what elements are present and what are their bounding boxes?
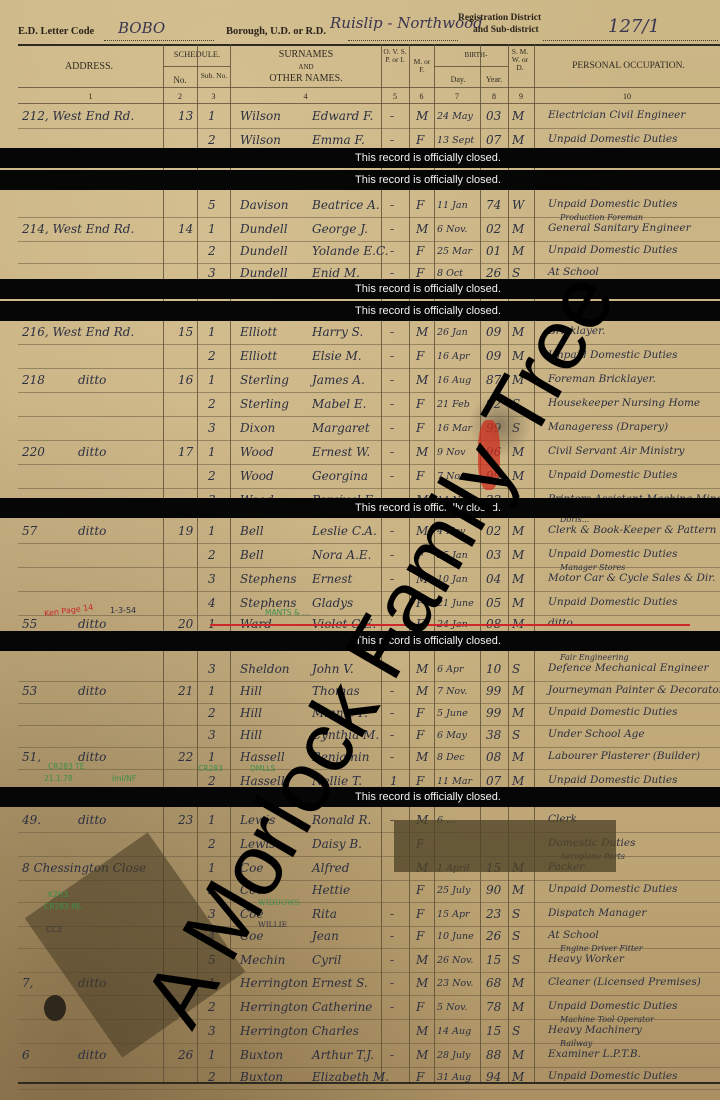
cell-sex: F	[416, 774, 424, 788]
cell-names: Georgina	[312, 469, 368, 483]
cell-names: Margaret	[312, 421, 370, 435]
cell-marital: W	[512, 198, 524, 212]
cell-sched: 14	[178, 222, 193, 236]
cell-sex: F	[416, 907, 424, 921]
cell-surname: Stephens	[240, 572, 297, 586]
cell-day: 7 Nov.	[437, 686, 467, 697]
cell-year: 01	[486, 244, 501, 258]
cell-sex: F	[416, 198, 424, 212]
cell-marital: M	[512, 596, 524, 610]
cell-year: 38	[486, 728, 501, 742]
table-row: 2SterlingMabel E.-F21 Feb92SHousekeeper …	[0, 394, 720, 418]
cell-marital: S	[512, 728, 520, 742]
footer-rule	[18, 1082, 720, 1084]
cell-year: 26	[486, 266, 501, 280]
cell-surname: Bell	[240, 524, 264, 538]
column-number-10: 10	[534, 92, 720, 101]
cell-year: 08	[486, 750, 501, 764]
cell-surname: Sheldon	[240, 662, 290, 676]
cell-sex: F	[416, 266, 424, 280]
cell-sub: 1	[208, 445, 216, 459]
cell-sex: M	[416, 1024, 428, 1038]
cell-occupation: Heavy Machinery	[548, 1024, 642, 1036]
cell-day: 16 Aug	[437, 375, 471, 386]
cell-surname: Herrington	[240, 1000, 308, 1014]
cell-sex: F	[416, 728, 424, 742]
col-year: Year.	[481, 76, 507, 84]
column-number-5: 5	[381, 92, 409, 101]
cell-marital: S	[512, 1024, 520, 1038]
cell-occupation: Under School Age	[548, 728, 645, 740]
closed-record-bar: This record is officially closed.	[0, 787, 720, 807]
column-number-1: 1	[18, 92, 163, 101]
cell-marital: S	[512, 266, 520, 280]
cell-sex: M	[416, 953, 428, 967]
cell-names: Nora A.E.	[312, 548, 371, 562]
cell-surname: Hill	[240, 706, 262, 720]
cell-sched: 15	[178, 325, 193, 339]
cell-marital: M	[512, 706, 524, 720]
cell-marital: M	[512, 548, 524, 562]
cell-ovspi: 1	[390, 774, 398, 788]
ed-letter-code-value: BOBO	[118, 19, 165, 37]
cell-occupation: Journeyman Painter & Decorator	[548, 684, 720, 696]
cell-sub: 1	[208, 1048, 216, 1062]
cell-ditto: ditto	[78, 373, 106, 387]
cell-marital: M	[512, 524, 524, 538]
col-ovspi: O. V. S. P. or I.	[383, 48, 407, 64]
cell-names: Ernest W.	[312, 445, 370, 459]
cell-year: 74	[486, 198, 501, 212]
cell-ovspi: -	[390, 109, 394, 123]
cell-ditto: ditto	[78, 684, 106, 698]
col-surnames-line2: AND	[232, 64, 380, 71]
row-rule	[18, 368, 720, 369]
cell-sub: 2	[208, 133, 216, 147]
green-annotation-8: CC2	[46, 925, 62, 934]
cell-names: Catherine	[312, 1000, 372, 1014]
cell-surname: Sterling	[240, 373, 289, 387]
cell-address: 214, West End Rd.	[22, 222, 134, 236]
cell-names: James A.	[312, 373, 365, 387]
cell-occupation: Unpaid Domestic Duties	[548, 706, 677, 718]
borough-label: Borough, U.D. or R.D.	[226, 26, 326, 37]
cell-sched: 21	[178, 684, 193, 698]
cell-occupation: Unpaid Domestic Duties	[548, 596, 677, 608]
cell-day: 11 Jan	[437, 200, 468, 211]
cell-marital: M	[512, 774, 524, 788]
cell-ovspi: -	[390, 1048, 394, 1062]
cell-surname: Hill	[240, 684, 262, 698]
table-row: 212, West End Rd.131WilsonEdward F.-M24 …	[0, 106, 720, 130]
col-day: Day.	[436, 76, 480, 84]
cell-occupation: General Sanitary Engineer	[548, 222, 691, 234]
cell-year: 10	[486, 662, 501, 676]
cell-sex: F	[416, 929, 424, 943]
column-number-8: 8	[480, 92, 508, 101]
table-row: 57191BellLeslie C.A.-M4 Nov02MClerk & Bo…	[0, 521, 720, 545]
cell-sub: 3	[208, 421, 216, 435]
column-number-3: 3	[197, 92, 230, 101]
cell-address: 7,	[22, 976, 33, 990]
cell-marital: M	[512, 133, 524, 147]
cell-sex: M	[416, 750, 428, 764]
row-rule	[18, 1089, 720, 1090]
cell-sched: 17	[178, 445, 193, 459]
cell-occupation: Labourer Plasterer (Builder)	[548, 750, 700, 762]
closed-record-text: This record is officially closed.	[355, 152, 501, 164]
cell-occupation-note: Fair Engineering	[560, 653, 629, 662]
cell-ditto: ditto	[78, 524, 106, 538]
cell-address: 51,	[22, 750, 41, 764]
row-rule	[18, 128, 720, 129]
cell-surname: Hill	[240, 728, 262, 742]
cell-sex: M	[416, 325, 428, 339]
cell-address: 6	[22, 1048, 30, 1062]
table-row: 2WoodGeorgina-F7 Nov99MUnpaid Domestic D…	[0, 466, 720, 490]
cell-day: 10 June	[437, 931, 474, 942]
closed-record-text: This record is officially closed.	[355, 791, 501, 803]
cell-ditto: ditto	[78, 1048, 106, 1062]
cell-surname: Bell	[240, 548, 264, 562]
cell-ovspi: -	[390, 953, 394, 967]
cell-sex: F	[416, 1000, 424, 1014]
cell-sub: 5	[208, 198, 216, 212]
row-rule	[18, 440, 720, 441]
closed-record-bar: This record is officially closed.	[0, 148, 720, 168]
col-occupation: PERSONAL OCCUPATION.	[537, 62, 720, 72]
cell-year: 26	[486, 929, 501, 943]
col-schedule-no: No.	[165, 76, 195, 85]
cell-surname: Wood	[240, 445, 274, 459]
date-annotation: 1-3-54	[110, 606, 136, 615]
cell-ovspi: -	[390, 976, 394, 990]
table-row: 220171WoodErnest W.-M9 Nov96MCivil Serva…	[0, 442, 720, 466]
cell-marital: S	[512, 662, 520, 676]
table-row: 2ElliottElsie M.-F16 Apr09MUnpaid Domest…	[0, 346, 720, 370]
cell-address: 53	[22, 684, 37, 698]
cell-names: Beatrice A.	[312, 198, 380, 212]
registration-label-2: and Sub-district	[473, 25, 539, 35]
cell-surname: Elliott	[240, 325, 277, 339]
cell-marital: M	[512, 222, 524, 236]
cell-ovspi: -	[390, 907, 394, 921]
cell-names: Cyril	[312, 953, 341, 967]
cell-sex: F	[416, 349, 424, 363]
cell-occupation: ditto	[548, 617, 573, 629]
cell-day: 23 Nov.	[437, 978, 473, 989]
cell-sub: 4	[208, 596, 216, 610]
cell-ovspi: -	[390, 349, 394, 363]
cell-ovspi: -	[390, 198, 394, 212]
cell-occupation: Unpaid Domestic Duties	[548, 1070, 677, 1082]
cell-occupation: Dispatch Manager	[548, 907, 646, 919]
struck-annotation: MANTS & ...	[265, 608, 309, 617]
cell-sex: M	[416, 976, 428, 990]
cell-names: Rita	[312, 907, 337, 921]
cell-sex: F	[416, 421, 424, 435]
cell-sched: 20	[178, 617, 193, 631]
cell-address: 212, West End Rd.	[22, 109, 134, 123]
row-rule	[18, 392, 720, 393]
cell-surname: Herrington	[240, 1024, 308, 1038]
col-sex: M. or F.	[411, 58, 433, 74]
cell-surname: Davison	[240, 198, 289, 212]
table-row: 2BuxtonElizabeth M.F31 Aug94MUnpaid Dome…	[0, 1067, 720, 1091]
cell-sub: 2	[208, 706, 216, 720]
table-row: 6261BuxtonArthur T.J.-M28 July88MExamine…	[0, 1045, 720, 1069]
cell-sub: 2	[208, 349, 216, 363]
cell-year: 15	[486, 953, 501, 967]
cell-occupation: Civil Servant Air Ministry	[548, 445, 684, 457]
cell-sex: M	[416, 373, 428, 387]
cell-sub: 1	[208, 222, 216, 236]
cell-sex: M	[416, 109, 428, 123]
cell-names: George J.	[312, 222, 368, 236]
cell-year: 88	[486, 1048, 501, 1062]
cell-day: 6 May	[437, 730, 467, 741]
cell-occupation: Unpaid Domestic Duties	[548, 469, 677, 481]
cell-sex: F	[416, 883, 424, 897]
cell-year: 78	[486, 1000, 501, 1014]
cell-address: 55	[22, 617, 37, 631]
cell-day: 24 May	[437, 111, 473, 122]
cell-sched: 23	[178, 813, 193, 827]
cell-marital: M	[512, 883, 524, 897]
green-annotation-4: CR283	[198, 764, 223, 773]
cell-marital: M	[512, 750, 524, 764]
dark-spot	[44, 995, 66, 1021]
column-number-7: 7	[434, 92, 480, 101]
cell-marital: S	[512, 907, 520, 921]
green-annotation-6: K2H3	[48, 890, 68, 899]
cell-ovspi: -	[390, 469, 394, 483]
column-number-6: 6	[409, 92, 434, 101]
cell-occupation: Unpaid Domestic Duties	[548, 1000, 677, 1012]
cell-day: 16 Apr	[437, 351, 470, 362]
row-rule	[18, 488, 720, 489]
cell-surname: Buxton	[240, 1048, 283, 1062]
cell-sex: F	[416, 244, 424, 258]
cell-sub: 2	[208, 244, 216, 258]
cell-address: 218	[22, 373, 45, 387]
registration-label-1: Registration District	[458, 13, 541, 23]
cell-sched: 13	[178, 109, 193, 123]
table-row: 218161SterlingJames A.-M16 Aug87MForeman…	[0, 370, 720, 394]
cell-sub: 1	[208, 325, 216, 339]
cell-year: 68	[486, 976, 501, 990]
cell-surname: Dixon	[240, 421, 275, 435]
cell-names: Leslie C.A.	[312, 524, 377, 538]
cell-day: 5 Nov.	[437, 1002, 467, 1013]
cell-occupation: Clerk & Book-Keeper & Pattern	[548, 524, 716, 536]
cell-names: Arthur T.J.	[312, 1048, 374, 1062]
cell-names: Alfred	[312, 861, 349, 875]
cell-sub: 2	[208, 548, 216, 562]
cell-day: 8 Oct	[437, 268, 463, 279]
cell-ovspi: -	[390, 373, 394, 387]
row-rule	[18, 769, 720, 770]
cell-occupation: Unpaid Domestic Duties	[548, 548, 677, 560]
cell-day: 8 Dec	[437, 752, 465, 763]
cell-year: 09	[486, 325, 501, 339]
col-surnames-line3: OTHER NAMES.	[232, 74, 380, 85]
cell-day: 5 June	[437, 708, 468, 719]
cell-sub: 1	[208, 524, 216, 538]
cell-marital: S	[512, 929, 520, 943]
cell-names: Enid M.	[312, 266, 360, 280]
cell-names: Charles	[312, 1024, 359, 1038]
cell-year: 99	[486, 684, 501, 698]
green-annotation-7: CR283 ML	[44, 902, 82, 911]
cell-sub: 3	[208, 728, 216, 742]
column-number-2: 2	[163, 92, 197, 101]
cell-marital: S	[512, 953, 520, 967]
cell-names: Mabel E.	[312, 397, 366, 411]
cell-occupation: Unpaid Domestic Duties	[548, 198, 677, 210]
cell-ovspi: -	[390, 397, 394, 411]
cell-sex: F	[416, 397, 424, 411]
cell-sex: M	[416, 222, 428, 236]
green-annotation-3: Iml/NF	[112, 774, 136, 783]
cell-sex: F	[416, 706, 424, 720]
cell-year: 02	[486, 222, 501, 236]
cell-day: 15 Apr	[437, 909, 470, 920]
cell-occupation: Examiner L.P.T.B.	[548, 1048, 641, 1060]
cell-ovspi: -	[390, 929, 394, 943]
cell-occupation-note: Manager Stores	[560, 563, 625, 572]
cell-occupation: Heavy Worker	[548, 953, 624, 965]
cell-day: 6 Apr	[437, 664, 464, 675]
cell-sched: 19	[178, 524, 193, 538]
row-rule	[18, 543, 720, 544]
cell-names: Jean	[312, 929, 339, 943]
cell-surname: Herrington	[240, 976, 308, 990]
cell-surname: Sterling	[240, 397, 289, 411]
row-rule	[18, 416, 720, 417]
cell-year: 99	[486, 706, 501, 720]
cell-surname: Dundell	[240, 244, 288, 258]
cell-names: Hettie	[312, 883, 350, 897]
cell-ovspi: -	[390, 266, 394, 280]
cell-year: 05	[486, 596, 501, 610]
cell-marital: M	[512, 244, 524, 258]
cell-occupation: Cleaner (Licensed Premises)	[548, 976, 701, 988]
cell-sex: M	[416, 445, 428, 459]
col-schedule-sub: Sub. No.	[200, 72, 228, 80]
cell-address: 49.	[22, 813, 41, 827]
cell-occupation: Defence Mechanical Engineer	[548, 662, 708, 674]
column-number-4: 4	[230, 92, 381, 101]
cell-marital: M	[512, 109, 524, 123]
cell-ovspi: -	[390, 1000, 394, 1014]
cell-marital: M	[512, 684, 524, 698]
cell-surname: Dundell	[240, 222, 288, 236]
closed-record-text: This record is officially closed.	[355, 305, 501, 317]
cell-surname: Wilson	[240, 109, 281, 123]
col-surnames-line1: SURNAMES	[232, 50, 380, 61]
cell-ditto: ditto	[78, 445, 106, 459]
cell-occupation-note: Engine Driver Fitter	[560, 944, 643, 953]
cell-occupation-note: Machine Tool Operator	[560, 1015, 654, 1024]
cell-ovspi: -	[390, 222, 394, 236]
register-header: E.D. Letter Code BOBO Borough, U.D. or R…	[18, 18, 718, 42]
cell-day: 11 Mar	[437, 776, 472, 787]
cell-sub: 1	[208, 109, 216, 123]
cell-day: 28 July	[437, 1050, 470, 1061]
cell-sched: 16	[178, 373, 193, 387]
cell-sub: 1	[208, 684, 216, 698]
cell-year: 03	[486, 109, 501, 123]
cell-surname: Dundell	[240, 266, 288, 280]
cell-occupation: Motor Car & Cycle Sales & Dir.	[548, 572, 715, 584]
cell-sub: 1	[208, 373, 216, 387]
cell-year: 07	[486, 133, 501, 147]
cell-sex: M	[416, 1048, 428, 1062]
subheader-rule	[163, 66, 230, 67]
cell-names: Ernest S.	[312, 976, 368, 990]
col-address: ADDRESS.	[18, 62, 160, 73]
cell-ditto: ditto	[78, 617, 106, 631]
tape-patch	[394, 820, 616, 872]
cell-marital: M	[512, 976, 524, 990]
cell-marital: M	[512, 1048, 524, 1062]
cell-names: Harry S.	[312, 325, 363, 339]
cell-occupation: Unpaid Domestic Duties	[548, 133, 677, 145]
cell-marital: M	[512, 1000, 524, 1014]
cell-ovspi: -	[390, 133, 394, 147]
cell-sub: 1	[208, 813, 216, 827]
col-surnames: SURNAMES AND OTHER NAMES.	[232, 50, 380, 84]
cell-day: 6 Nov.	[437, 224, 467, 235]
row-rule	[18, 344, 720, 345]
col-marital: S. M. W. or D.	[510, 48, 530, 72]
cell-day: 26 Nov.	[437, 955, 473, 966]
ed-letter-code-label: E.D. Letter Code	[18, 26, 94, 37]
col-birth: BIRTH-	[436, 52, 516, 59]
cell-marital: M	[512, 572, 524, 586]
cell-occupation-note: Railway	[560, 1039, 592, 1048]
cell-year: 90	[486, 883, 501, 897]
header-bottom-rule	[18, 87, 720, 88]
cell-names: Yolande E.C.	[312, 244, 389, 258]
cell-sched: 22	[178, 750, 193, 764]
cell-ditto: ditto	[78, 813, 106, 827]
cell-surname: Wilson	[240, 133, 281, 147]
closed-record-bar: This record is officially closed.	[0, 170, 720, 190]
cell-ovspi: -	[390, 325, 394, 339]
cell-ovspi: -	[390, 445, 394, 459]
cell-surname: Elliott	[240, 349, 277, 363]
cell-names: Ernest	[312, 572, 352, 586]
cell-day: 25 Mar	[437, 246, 472, 257]
cell-day: 26 Jan	[437, 327, 468, 338]
cell-address: 57	[22, 524, 37, 538]
cell-sub: 2	[208, 774, 216, 788]
cell-year: 07	[486, 774, 501, 788]
cell-day: 13 Sept	[437, 135, 474, 146]
table-row: 3DixonMargaret-F16 Mar99SManageress (Dra…	[0, 418, 720, 442]
green-annotation-2: 21.1.78	[44, 774, 73, 783]
cell-names: Elsie M.	[312, 349, 362, 363]
cell-sub: 3	[208, 266, 216, 280]
closed-record-text: This record is officially closed.	[355, 174, 501, 186]
cell-occupation: Electrician Civil Engineer	[548, 109, 685, 121]
cell-sex: F	[416, 133, 424, 147]
cell-address: 216, West End Rd.	[22, 325, 134, 339]
cell-address: 220	[22, 445, 45, 459]
cell-sub: 1	[208, 750, 216, 764]
